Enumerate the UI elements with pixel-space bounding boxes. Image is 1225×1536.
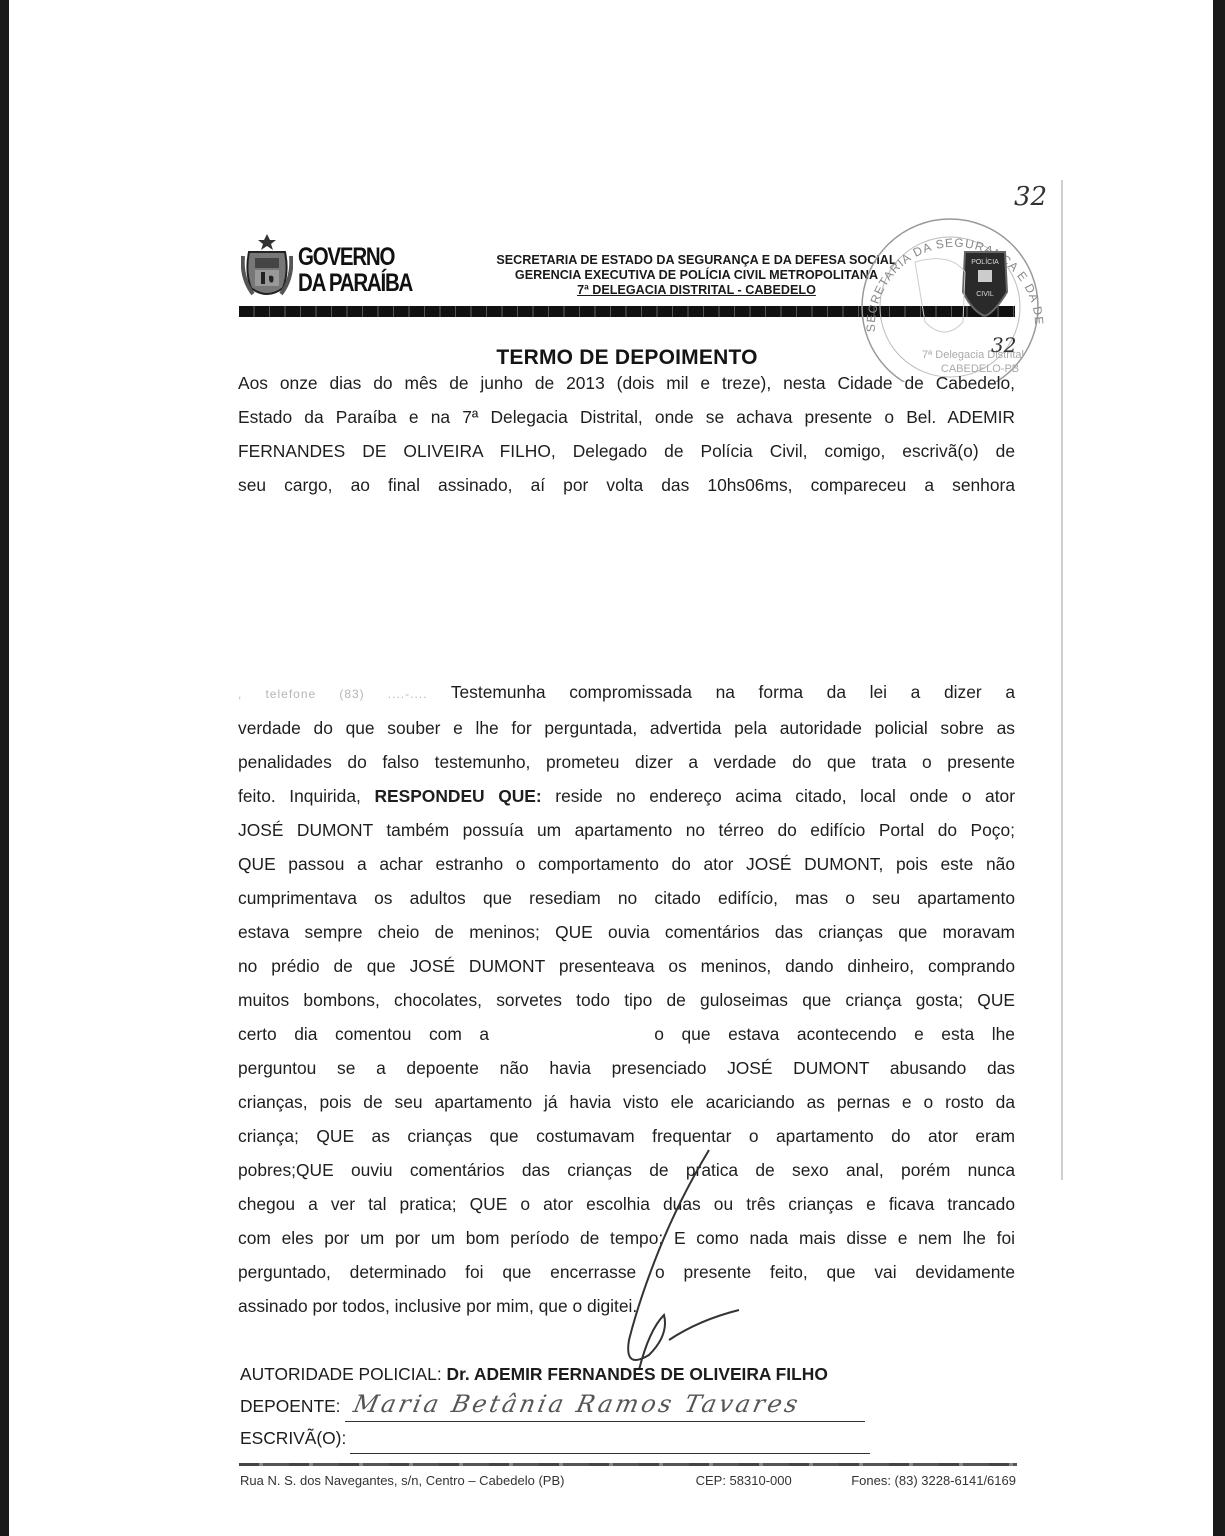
footer: Rua N. S. dos Navegantes, s/n, Centro – … <box>240 1473 1016 1488</box>
clerk-signature-line <box>350 1433 870 1454</box>
svg-text:POLÍCIA: POLÍCIA <box>971 257 999 266</box>
text-line: no prédio de que JOSÉ DUMONT presenteava… <box>238 949 1015 983</box>
text-line: penalidades do falso testemunho, promete… <box>238 745 1015 779</box>
logo-line-2: DA PARAÍBA <box>298 270 412 296</box>
text-line: seu cargo, ao final assinado, aí por vol… <box>238 468 1015 502</box>
clerk-label: ESCRIVÃ(O): <box>240 1422 346 1454</box>
paper-edge-line <box>1061 180 1063 1180</box>
responded-heading: RESPONDEU QUE: <box>374 786 541 806</box>
clerk-signature-row: ESCRIVÃ(O): <box>240 1422 940 1454</box>
text-line: Aos onze dias do mês de junho de 2013 (d… <box>238 366 1015 400</box>
text-line: FERNANDES DE OLIVEIRA FILHO, Delegado de… <box>238 434 1015 468</box>
document-page: GOVERNO DA PARAÍBA SECRETARIA DE ESTADO … <box>9 0 1213 1536</box>
signature-stroke-icon <box>569 1140 749 1380</box>
text-line: perguntou se a depoente não havia presen… <box>238 1051 1015 1085</box>
deponent-handwritten-signature: Maria Betânia Ramos Tavares <box>351 1390 803 1418</box>
text-line: cumprimentava os adultos que resediam no… <box>238 881 1015 915</box>
text-line: JOSÉ DUMONT também possuía um apartament… <box>238 813 1015 847</box>
logo-line-1: GOVERNO <box>298 244 412 270</box>
page-number-handwritten: 32 <box>1014 182 1047 212</box>
text-line: verdade do que souber e lhe for pergunta… <box>238 711 1015 745</box>
footer-address: Rua N. S. dos Navegantes, s/n, Centro – … <box>240 1473 680 1488</box>
text-line: Estado da Paraíba e na 7ª Delegacia Dist… <box>238 400 1015 434</box>
text-line: muitos bombons, chocolates, sorvetes tod… <box>238 983 1015 1017</box>
text-line: estava sempre cheio de meninos; QUE ouvi… <box>238 915 1015 949</box>
deponent-label: DEPOENTE: <box>240 1390 341 1422</box>
footer-cep: CEP: 58310-000 <box>696 1473 836 1488</box>
paragraph-opening: Aos onze dias do mês de junho de 2013 (d… <box>238 366 1015 502</box>
coat-of-arms-icon <box>241 232 293 300</box>
text-line: , telefone (83) ....-.... Testemunha com… <box>238 675 1015 711</box>
footer-divider <box>239 1463 1017 1466</box>
text-line: certo dia comentou com a o que estava ac… <box>238 1017 1015 1051</box>
svg-text:CIVIL: CIVIL <box>976 291 994 298</box>
redacted-fragment: , telefone (83) ....-.... <box>238 687 427 701</box>
government-logo: GOVERNO DA PARAÍBA <box>298 244 412 296</box>
footer-phones: Fones: (83) 3228-6141/6169 <box>851 1473 1016 1488</box>
text-line: crianças, pois de seu apartamento já hav… <box>238 1085 1015 1119</box>
authority-label: AUTORIDADE POLICIAL: <box>240 1358 442 1390</box>
text-line: QUE passou a achar estranho o comportame… <box>238 847 1015 881</box>
authority-signature-row: AUTORIDADE POLICIAL: Dr. ADEMIR FERNANDE… <box>240 1358 940 1390</box>
authority-name: Dr. ADEMIR FERNANDES DE OLIVEIRA FILHO <box>447 1358 828 1390</box>
text-line: feito. Inquirida, RESPONDEU QUE: reside … <box>238 779 1015 813</box>
svg-text:SECRETARIA DA SEGURANÇA E DA D: SECRETARIA DA SEGURANÇA E DA DEFESA SOCI… <box>855 212 1045 332</box>
